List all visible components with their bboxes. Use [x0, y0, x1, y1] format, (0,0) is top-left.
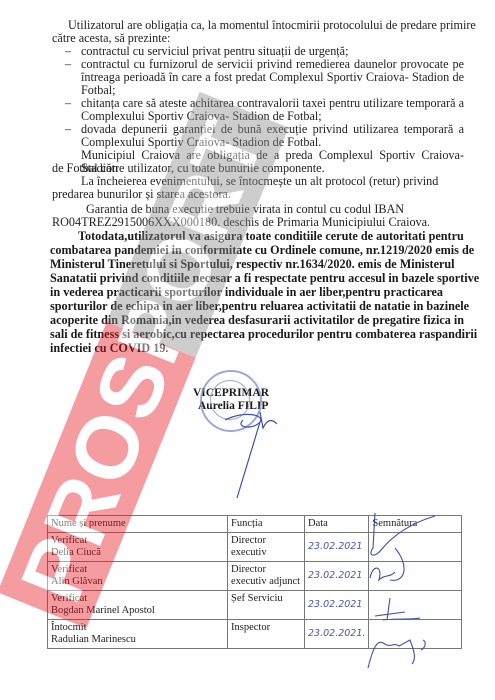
bullet-line: întreaga perioadă în care a fost predat …	[81, 71, 464, 84]
person-name: Radulian Marinescu	[51, 634, 224, 646]
date-cell: 23.02.2021	[305, 591, 369, 620]
handwritten-date: 23.02.2021	[308, 599, 365, 611]
date-cell: 23.02.2021	[305, 562, 369, 591]
handwritten-date: 23.02.2021	[308, 541, 365, 553]
handwritten-signatures-icon	[365, 508, 445, 678]
bullet-dash: –	[65, 58, 71, 71]
signature-vice-mayor-icon	[215, 410, 295, 500]
function-cell: Șef Serviciu	[228, 591, 305, 620]
handwritten-date: 23.02.2021.	[308, 628, 365, 640]
function-cell: Director executiv adjunct	[228, 562, 305, 591]
header-function: Funcția	[228, 516, 305, 533]
header-date: Data	[305, 516, 369, 533]
date-cell: 23.02.2021.	[305, 620, 369, 649]
bullet-dash: –	[65, 97, 71, 110]
bold-line: Ministerul Tineretului si Sportului, res…	[50, 258, 455, 271]
bullet-dash: –	[65, 123, 71, 136]
function-cell: Director executiv	[228, 533, 305, 562]
function-cell: Inspector	[228, 620, 305, 649]
bold-line: combatarea pandemiei in conformitate cu …	[50, 244, 474, 257]
document-page: Utilizatorul are obligația ca, la moment…	[0, 0, 495, 700]
bold-line: Totodata,utilizatorul va asigura toate c…	[78, 230, 464, 243]
date-cell: 23.02.2021	[305, 533, 369, 562]
bold-line: in vederea practicarii sporturilor indiv…	[50, 286, 443, 299]
bold-line: Sanatatii privind conditiile necesar a f…	[50, 272, 479, 285]
handwritten-date: 23.02.2021	[308, 570, 365, 582]
